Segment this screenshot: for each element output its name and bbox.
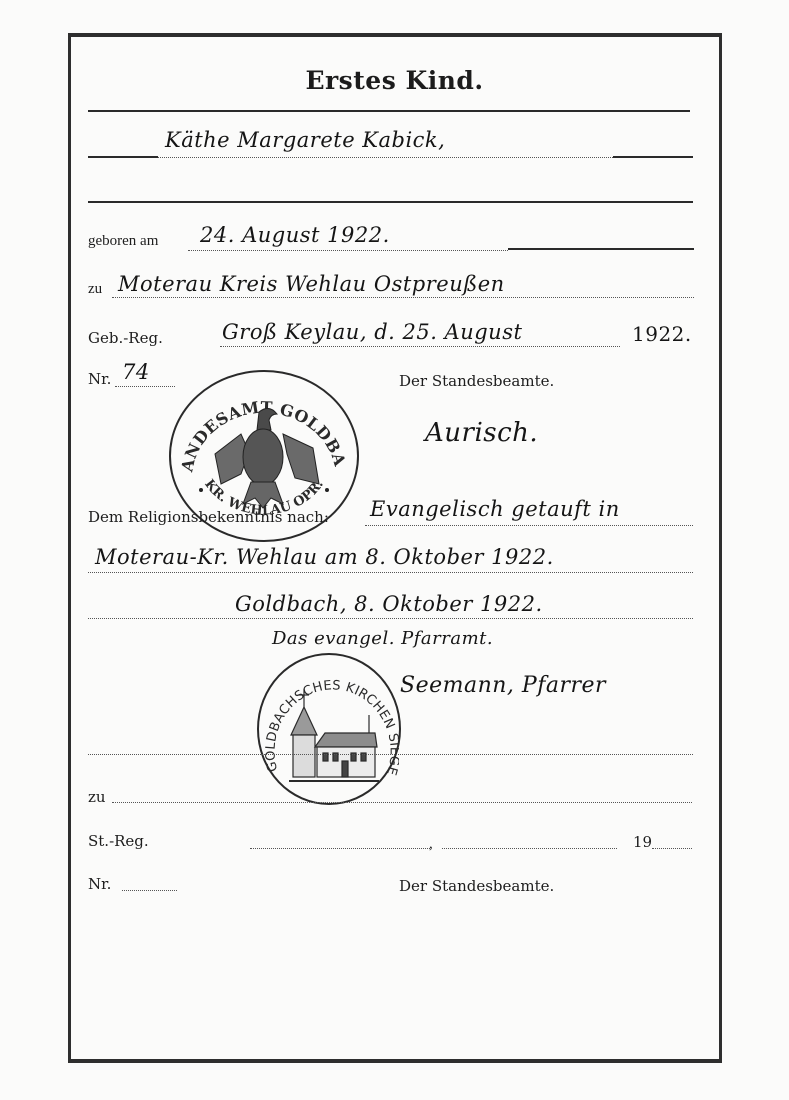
birthplace-label: zu — [88, 281, 102, 298]
number-label: Nr. — [88, 370, 111, 388]
second-register-year-line — [652, 848, 692, 849]
registrar-signature: Aurisch. — [425, 418, 538, 448]
number-line — [115, 386, 175, 387]
birth-register-line — [220, 346, 620, 347]
second-number-label: Nr. — [88, 875, 111, 893]
religion-line-1 — [365, 525, 693, 526]
birth-register-entry: Groß Keylau, d. 25. August — [222, 320, 522, 344]
religion-line-3 — [88, 618, 693, 619]
second-register-date-line — [442, 848, 617, 849]
blank-line-1 — [88, 754, 693, 755]
comma-separator: , — [429, 836, 433, 853]
blank-rule — [88, 201, 693, 203]
birth-date: 24. August 1922. — [200, 223, 390, 247]
birth-register-year: 1922. — [632, 322, 692, 346]
religion-line-2 — [88, 572, 693, 573]
registrar-label: Der Standesbeamte. — [399, 372, 554, 390]
second-place-label: zu — [88, 788, 106, 806]
second-place-line — [112, 802, 692, 803]
birth-label: geboren am — [88, 233, 158, 250]
number-value: 74 — [122, 360, 150, 384]
church-seal-stamp: GOLDBACHSCHES KIRCHEN SIEGEL — [257, 653, 401, 805]
second-register-year-prefix: 19 — [633, 833, 652, 851]
religion-entry-2: Moterau-Kr. Wehlau am 8. Oktober 1922. — [95, 545, 554, 569]
birth-date-rule — [508, 248, 694, 250]
pastor-signature: Seemann, Pfarrer — [400, 673, 606, 698]
second-register-place-line — [250, 848, 430, 849]
religion-entry-4: Das evangel. Pfarramt. — [272, 628, 493, 649]
religion-entry-1: Evangelisch getauft in — [370, 497, 620, 521]
birthplace-line — [112, 297, 694, 298]
name-rule-right — [613, 156, 693, 158]
name-rule-left — [88, 156, 158, 158]
birth-date-line — [188, 250, 508, 251]
child-name: Käthe Margarete Kabick, — [165, 128, 445, 152]
title-rule — [88, 110, 690, 112]
second-number-line — [122, 890, 177, 891]
name-rule-dotted — [158, 157, 613, 158]
religion-entry-3: Goldbach, 8. Oktober 1922. — [235, 592, 543, 616]
religion-label: Dem Religionsbekenntnis nach: — [88, 508, 329, 526]
second-registrar-label: Der Standesbeamte. — [399, 877, 554, 895]
birthplace: Moterau Kreis Wehlau Ostpreußen — [118, 272, 505, 296]
second-register-label: St.-Reg. — [88, 832, 149, 850]
birth-register-label: Geb.-Reg. — [88, 329, 163, 347]
page-title: Erstes Kind. — [0, 66, 789, 95]
